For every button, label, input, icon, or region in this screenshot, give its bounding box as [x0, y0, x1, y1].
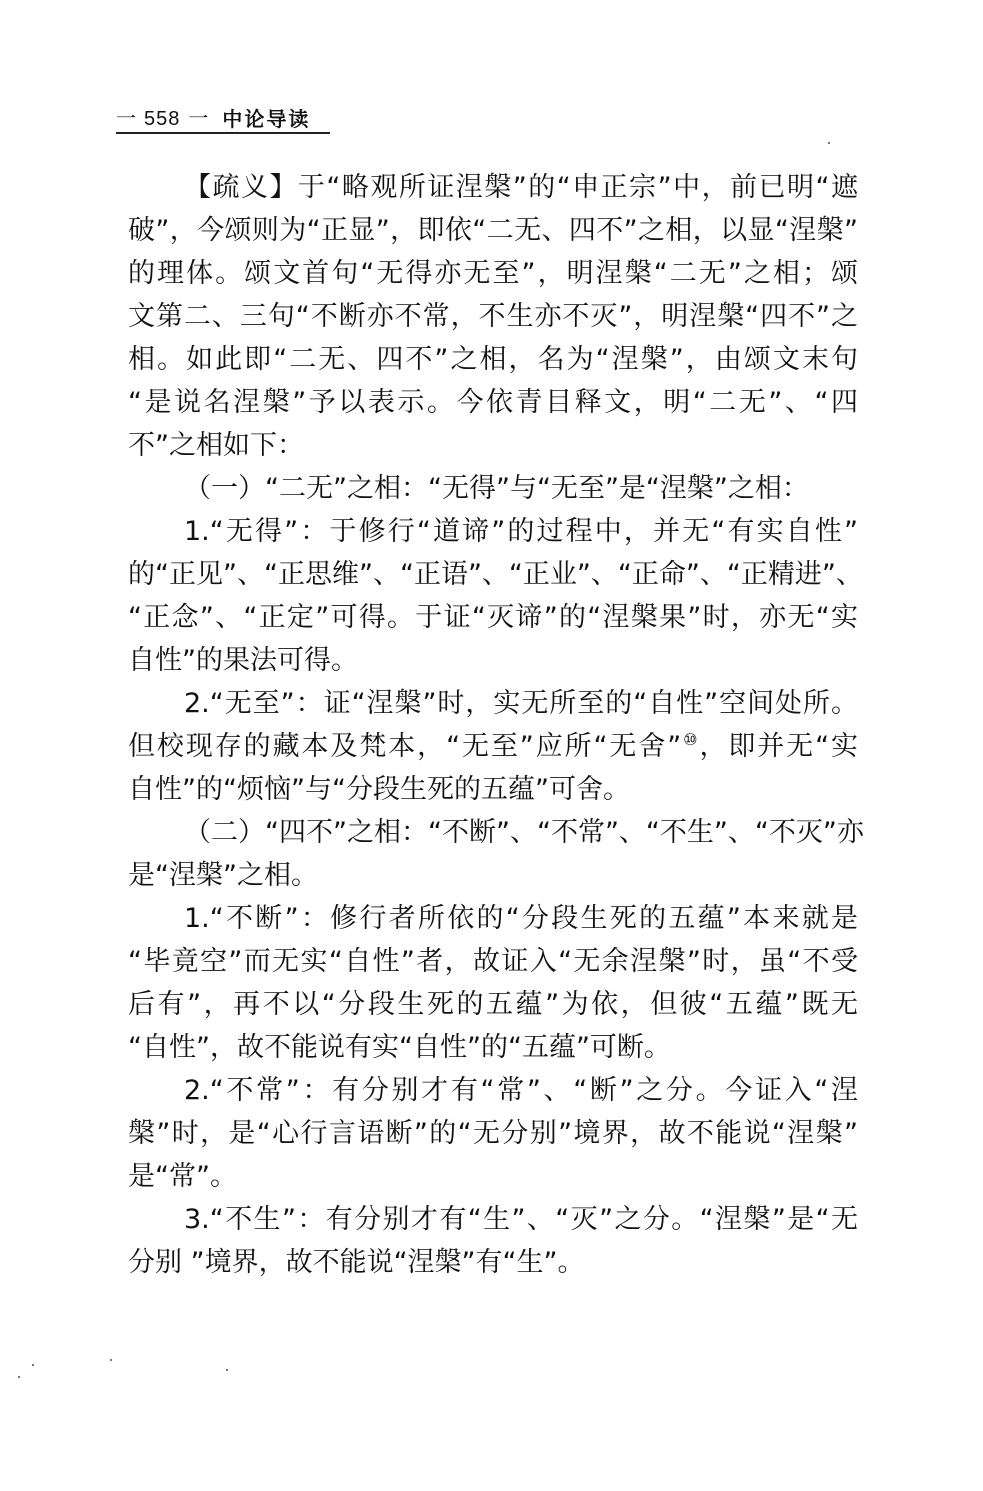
- running-header: 一 558 一 中论导读: [116, 104, 330, 134]
- text-line: 1.“无得”：于修行“道谛”的过程中，并无“有实自性”: [128, 510, 858, 553]
- paragraph-item-busheng: 3.“不生”：有分别才有“生”、“灭”之分。“涅槃”是“无 分别 ”境界，故不能…: [128, 1198, 858, 1284]
- scan-speck: [226, 1369, 228, 1371]
- scan-speck: [32, 1364, 34, 1366]
- text-line: （一）“二无”之相：“无得”与“无至”是“涅槃”之相：: [128, 467, 858, 510]
- text-line: 槃”时，是“心行言语断”的“无分别”境界，故不能说“涅槃”: [128, 1112, 858, 1155]
- text-line: 1.“不断”：修行者所依的“分段生死的五蕴”本来就是: [128, 897, 858, 940]
- text-line: 分别 ”境界，故不能说“涅槃”有“生”。: [128, 1241, 858, 1284]
- book-title: 中论导读: [222, 106, 310, 132]
- page-number: 558: [144, 106, 180, 132]
- text-line: 不”之相如下：: [128, 424, 858, 467]
- text-line: 2.“无至”：证“涅槃”时，实无所至的“自性”空间处所。: [128, 682, 858, 725]
- section-heading-four-nots: （二）“四不”之相：“不断”、“不常”、“不生”、“不灭”亦 是“涅槃”之相。: [128, 811, 858, 897]
- text-line: “是说名涅槃”予以表示。今依青目释文，明“二无”、“四: [128, 381, 858, 424]
- text-line: 破”，今颂则为“正显”，即依“二无、四不”之相，以显“涅槃”: [128, 209, 858, 252]
- text-line: 【疏义】于“略观所证涅槃”的“申正宗”中，前已明“遮: [128, 166, 858, 209]
- page-body: 【疏义】于“略观所证涅槃”的“申正宗”中，前已明“遮 破”，今颂则为“正显”，即…: [128, 166, 858, 1284]
- section-heading-two-nons: （一）“二无”之相：“无得”与“无至”是“涅槃”之相：: [128, 467, 858, 510]
- scan-speck: [110, 1359, 112, 1361]
- text-segment: 但校现存的藏本及梵本，“无至”应所“无舍”: [128, 731, 681, 762]
- paragraph-item-buchang: 2.“不常”：有分别才有“常”、“断”之分。今证入“涅 槃”时，是“心行言语断”…: [128, 1069, 858, 1198]
- footnote-marker[interactable]: ⑩: [681, 730, 699, 749]
- text-line: 自性”的“烦恼”与“分段生死的五蕴”可舍。: [128, 768, 858, 811]
- text-line: “正念”、“正定”可得。于证“灭谛”的“涅槃果”时，亦无“实: [128, 596, 858, 639]
- text-line: 的理体。颂文首句“无得亦无至”，明涅槃“二无”之相；颂: [128, 252, 858, 295]
- text-line: 后有”，再不以“分段生死的五蕴”为依，但彼“五蕴”既无: [128, 983, 858, 1026]
- text-line: 文第二、三句“不断亦不常，不生亦不灭”，明涅槃“四不”之: [128, 295, 858, 338]
- text-line: 是“常”。: [128, 1155, 858, 1198]
- paragraph-item-wude: 1.“无得”：于修行“道谛”的过程中，并无“有实自性” 的“正见”、“正思维”、…: [128, 510, 858, 682]
- text-line: 3.“不生”：有分别才有“生”、“灭”之分。“涅槃”是“无: [128, 1198, 858, 1241]
- text-line: （二）“四不”之相：“不断”、“不常”、“不生”、“不灭”亦: [128, 811, 858, 854]
- text-line: 相。如此即“二无、四不”之相，名为“涅槃”，由颂文末句: [128, 338, 858, 381]
- text-segment: ，即并无“实: [699, 731, 858, 762]
- paragraph-item-buduan: 1.“不断”：修行者所依的“分段生死的五蕴”本来就是 “毕竟空”而无实“自性”者…: [128, 897, 858, 1069]
- header-dash-right: 一: [188, 106, 208, 132]
- text-line: 的“正见”、“正思维”、“正语”、“正业”、“正命”、“正精进”、: [128, 553, 858, 596]
- scan-speck: [18, 1376, 20, 1378]
- paragraph-shuyi: 【疏义】于“略观所证涅槃”的“申正宗”中，前已明“遮 破”，今颂则为“正显”，即…: [128, 166, 858, 467]
- paragraph-item-wuzhi: 2.“无至”：证“涅槃”时，实无所至的“自性”空间处所。 但校现存的藏本及梵本，…: [128, 682, 858, 811]
- text-line: “自性”，故不能说有实“自性”的“五蕴”可断。: [128, 1026, 858, 1069]
- text-line: 是“涅槃”之相。: [128, 854, 858, 897]
- scan-speck: [828, 142, 830, 144]
- text-line: 2.“不常”：有分别才有“常”、“断”之分。今证入“涅: [128, 1069, 858, 1112]
- text-line-with-footnote: 但校现存的藏本及梵本，“无至”应所“无舍”⑩，即并无“实: [128, 725, 858, 768]
- header-dash-left: 一: [116, 106, 136, 132]
- text-line: 自性”的果法可得。: [128, 639, 858, 682]
- text-line: “毕竟空”而无实“自性”者，故证入“无余涅槃”时，虽“不受: [128, 940, 858, 983]
